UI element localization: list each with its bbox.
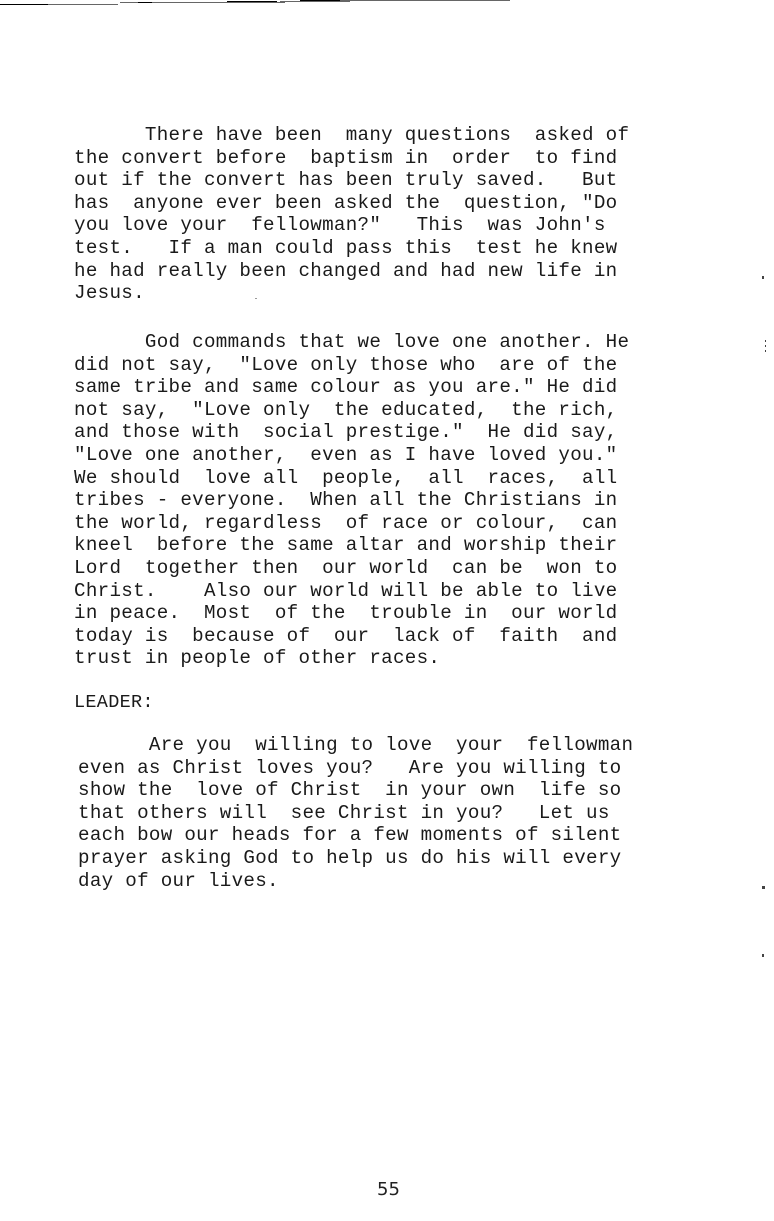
text-line: God commands that we love one another. H… (74, 331, 629, 354)
text-line: prayer asking God to help us do his will… (78, 847, 633, 870)
text-line: today is because of our lack of faith an… (74, 625, 629, 648)
scan-speck (765, 340, 766, 342)
text-line: in peace. Most of the trouble in our wor… (74, 602, 629, 625)
text-line: same tribe and same colour as you are." … (74, 376, 629, 399)
text-line: that others will see Christ in you? Let … (78, 802, 633, 825)
text-line: Lord together then our world can be won … (74, 557, 629, 580)
page-number: 55 (377, 1179, 400, 1200)
text-line: Christ. Also our world will be able to l… (74, 580, 629, 603)
text-line: did not say, "Love only those who are of… (74, 354, 629, 377)
text-line: tribes - everyone. When all the Christia… (74, 489, 629, 512)
leader-paragraph: Are you willing to love your fellowman e… (78, 734, 633, 892)
text-line: not say, "Love only the educated, the ri… (74, 399, 629, 422)
text-line: test. If a man could pass this test he k… (74, 237, 629, 260)
text-line: out if the convert has been truly saved.… (74, 169, 629, 192)
scan-speck (762, 954, 764, 957)
text-line: each bow our heads for a few moments of … (78, 824, 633, 847)
text-line: day of our lives. (78, 870, 633, 893)
scan-speck (762, 886, 765, 889)
paragraph-2: God commands that we love one another. H… (74, 331, 629, 670)
speaker-label: LEADER: (74, 692, 154, 715)
top-scan-rule (0, 0, 520, 5)
text-line: trust in people of other races. (74, 647, 629, 670)
text-line: We should love all people, all races, al… (74, 467, 629, 490)
text-line: and those with social prestige." He did … (74, 421, 629, 444)
text-line: you love your fellowman?" This was John'… (74, 214, 629, 237)
scan-speck (762, 276, 764, 279)
text-line: "Love one another, even as I have loved … (74, 444, 629, 467)
text-line: kneel before the same altar and worship … (74, 534, 629, 557)
paragraph-1: There have been many questions asked of … (74, 124, 629, 305)
text-line: Jesus. (74, 282, 629, 305)
text-line: show the love of Christ in your own life… (78, 779, 633, 802)
scan-speck (765, 350, 766, 352)
text-line: has anyone ever been asked the question,… (74, 192, 629, 215)
text-line: he had really been changed and had new l… (74, 260, 629, 283)
text-line: even as Christ loves you? Are you willin… (78, 757, 633, 780)
text-line: There have been many questions asked of (74, 124, 629, 147)
scan-speck (255, 298, 257, 299)
scan-speck (765, 345, 766, 347)
text-line: the convert before baptism in order to f… (74, 147, 629, 170)
text-line: Are you willing to love your fellowman (78, 734, 633, 757)
text-line: the world, regardless of race or colour,… (74, 512, 629, 535)
